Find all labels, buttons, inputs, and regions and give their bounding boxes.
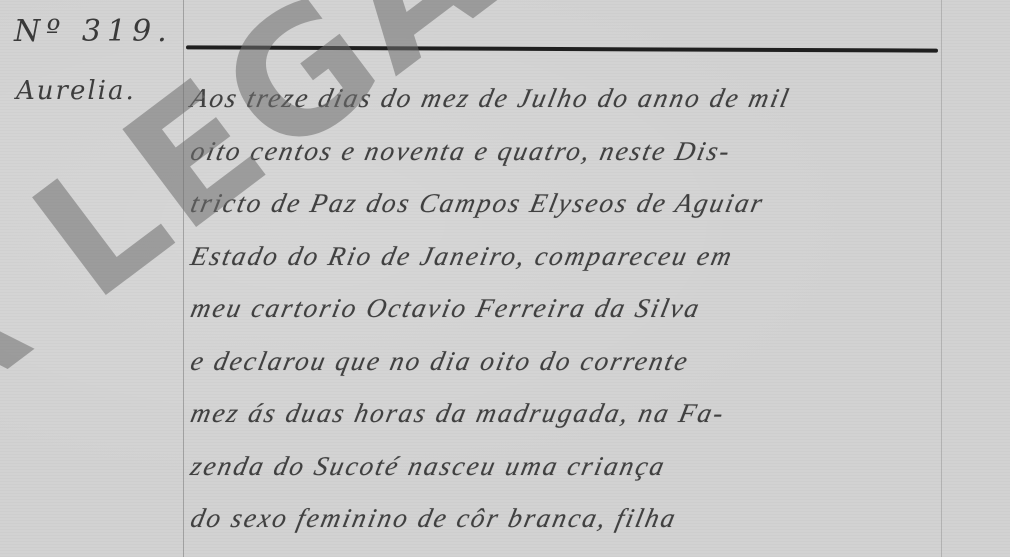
record-line: meu cartorio Octavio Ferreira da Silva bbox=[184, 288, 955, 341]
record-line: oito centos e noventa e quatro, neste Di… bbox=[184, 131, 955, 184]
record-line: Aos treze dias do mez de Julho do anno d… bbox=[184, 78, 955, 131]
left-margin-line bbox=[183, 0, 184, 557]
margin-name: Aurelia. bbox=[16, 76, 136, 106]
record-line: tricto de Paz dos Campos Elyseos de Agui… bbox=[184, 183, 955, 236]
record-line: e declarou que no dia oito do corrente bbox=[184, 341, 955, 394]
record-line: zenda do Sucoté nasceu uma criança bbox=[184, 446, 955, 499]
record-line: Estado do Rio de Janeiro, compareceu em bbox=[184, 236, 955, 289]
entry-number: Nº 319. bbox=[14, 14, 173, 49]
record-line: mez ás duas horas da madrugada, na Fa- bbox=[184, 393, 955, 446]
record-line: do sexo feminino de côr branca, filha bbox=[184, 498, 955, 551]
record-body: Aos treze dias do mez de Julho do anno d… bbox=[190, 78, 950, 551]
